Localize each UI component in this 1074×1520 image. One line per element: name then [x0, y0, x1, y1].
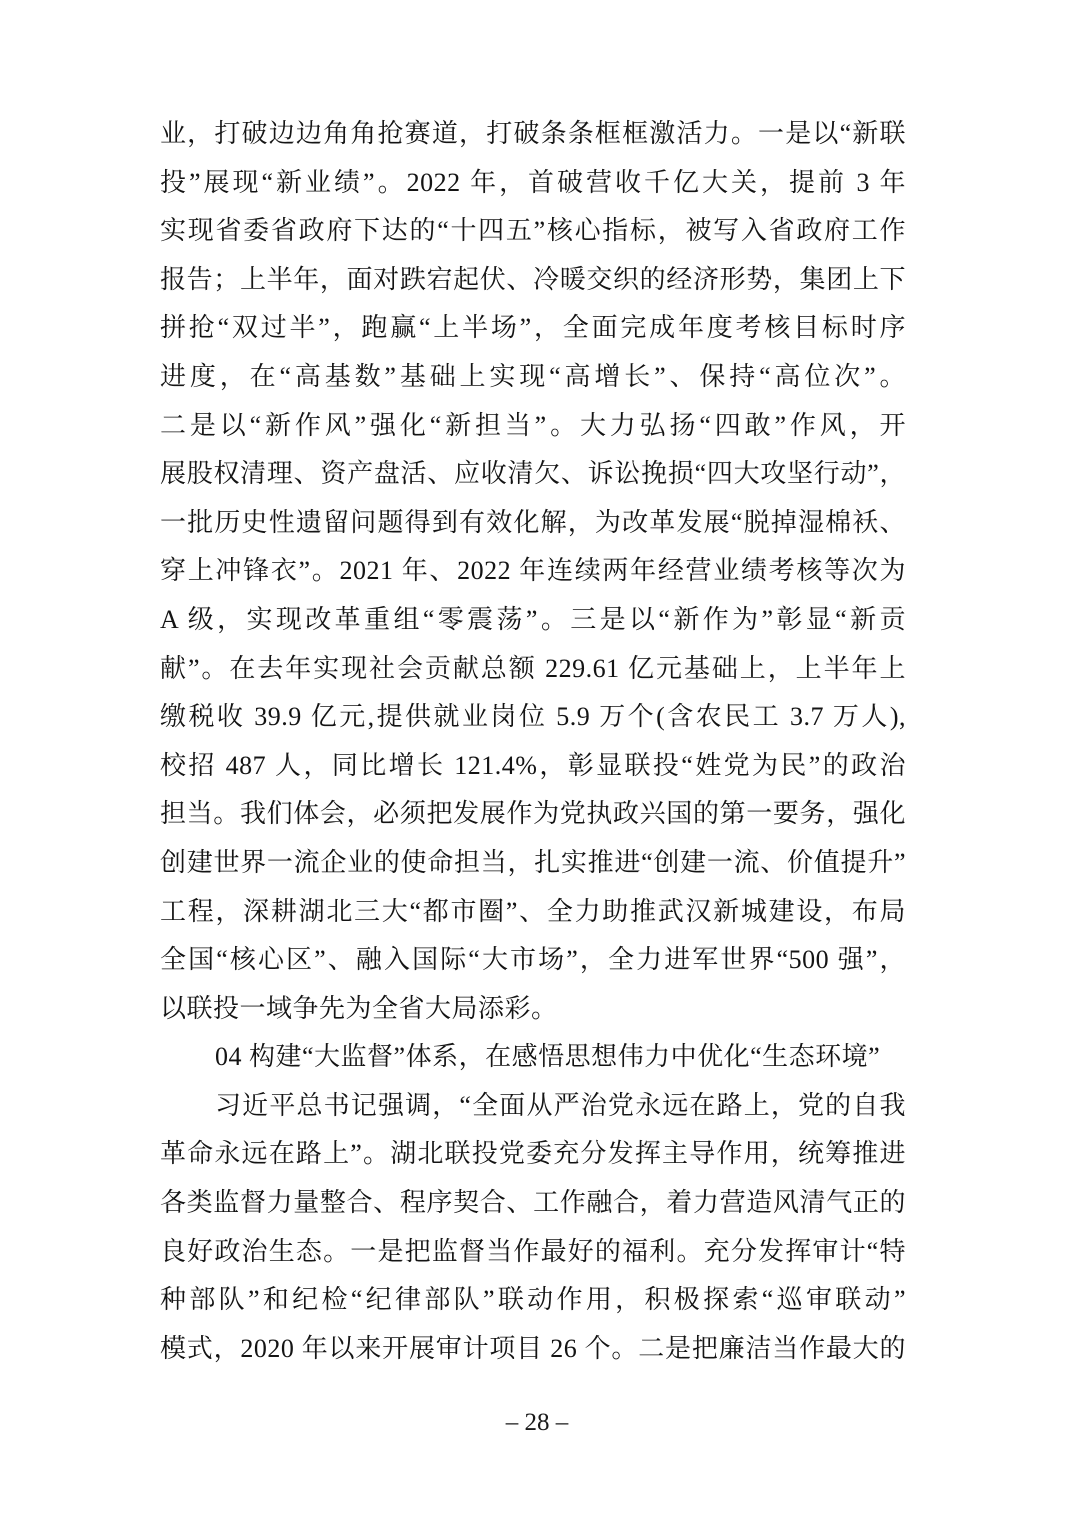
paragraph-end-line: 以联投一域争先为全省大局添彩。: [160, 985, 906, 1034]
section-heading: 04 构建“大监督”体系，在感悟思想伟力中优化“生态环境”: [160, 1033, 906, 1082]
text-line: 创建世界一流企业的使命担当，扎实推进“创建一流、价值提升”: [160, 839, 906, 888]
text-line: 业，打破边边角角抢赛道，打破条条框框激活力。一是以“新联: [160, 110, 906, 159]
text-line: 校招 487 人，同比增长 121.4%，彰显联投“姓党为民”的政治: [160, 742, 906, 791]
paragraph-start-line: 习近平总书记强调，“全面从严治党永远在路上，党的自我: [160, 1082, 906, 1131]
text-line: 穿上冲锋衣”。2021 年、2022 年连续两年经营业绩考核等次为: [160, 547, 906, 596]
text-line: 展股权清理、资产盘活、应收清欠、诉讼挽损“四大攻坚行动”，: [160, 450, 906, 499]
text-line: 拼抢“双过半”，跑赢“上半场”，全面完成年度考核目标时序: [160, 304, 906, 353]
text-line: 投”展现“新业绩”。2022 年，首破营收千亿大关，提前 3 年: [160, 159, 906, 208]
text-line: 献”。在去年实现社会贡献总额 229.61 亿元基础上，上半年上: [160, 645, 906, 694]
text-line: 各类监督力量整合、程序契合、工作融合，着力营造风清气正的: [160, 1179, 906, 1228]
page-number: – 28 –: [0, 1402, 1074, 1444]
text-line: 实现省委省政府下达的“十四五”核心指标，被写入省政府工作: [160, 207, 906, 256]
text-line: 工程，深耕湖北三大“都市圈”、全力助推武汉新城建设，布局: [160, 888, 906, 937]
text-line: 良好政治生态。一是把监督当作最好的福利。充分发挥审计“特: [160, 1228, 906, 1277]
text-line: 缴税收 39.9 亿元,提供就业岗位 5.9 万个(含农民工 3.7 万人),: [160, 693, 906, 742]
text-line: 革命永远在路上”。湖北联投党委充分发挥主导作用，统筹推进: [160, 1130, 906, 1179]
text-line: 报告；上半年，面对跌宕起伏、冷暖交织的经济形势，集团上下: [160, 256, 906, 305]
text-line: 二是以“新作风”强化“新担当”。大力弘扬“四敢”作风，开: [160, 402, 906, 451]
text-line: 全国“核心区”、融入国际“大市场”，全力进军世界“500 强”，: [160, 936, 906, 985]
text-line: 种部队”和纪检“纪律部队”联动作用，积极探索“巡审联动”: [160, 1276, 906, 1325]
text-line: 一批历史性遗留问题得到有效化解，为改革发展“脱掉湿棉袄、: [160, 499, 906, 548]
text-line: 模式，2020 年以来开展审计项目 26 个。二是把廉洁当作最大的: [160, 1325, 906, 1374]
text-line: 担当。我们体会，必须把发展作为党执政兴国的第一要务，强化: [160, 790, 906, 839]
text-line: A 级，实现改革重组“零震荡”。三是以“新作为”彰显“新贡: [160, 596, 906, 645]
document-body: 业，打破边边角角抢赛道，打破条条框框激活力。一是以“新联 投”展现“新业绩”。2…: [160, 110, 906, 1373]
document-page: 业，打破边边角角抢赛道，打破条条框框激活力。一是以“新联 投”展现“新业绩”。2…: [0, 0, 1074, 1520]
text-line: 进度，在“高基数”基础上实现“高增长”、保持“高位次”。: [160, 353, 906, 402]
